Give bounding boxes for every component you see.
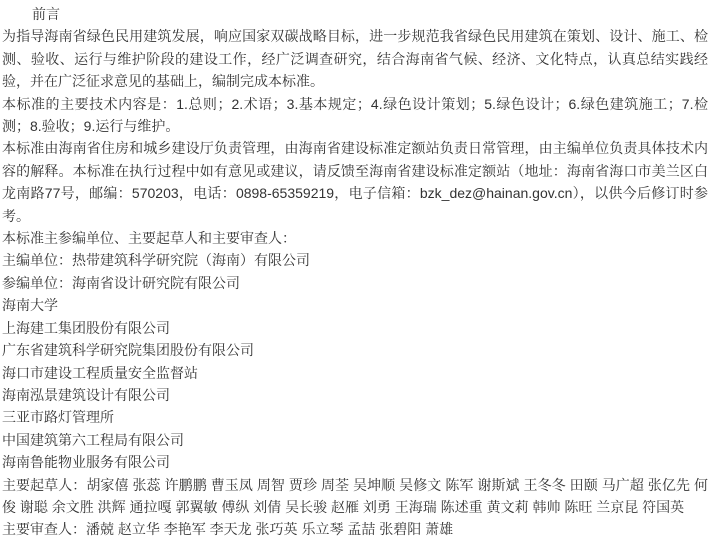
preface-page: 前言 为指导海南省绿色民用建筑发展，响应国家双碳战略目标，进一步规范我省绿色民用… bbox=[0, 0, 718, 541]
participating-unit-item: 广东省建筑科学研究院集团股份有限公司 bbox=[2, 339, 708, 361]
preface-title: 前言 bbox=[32, 3, 708, 25]
chief-reviewers-line: 主要审查人：潘兢 赵立华 李艳军 李天龙 张巧英 乐立琴 孟喆 张碧阳 萧雄 bbox=[2, 518, 708, 540]
units-and-people-heading: 本标准主参编单位、主要起草人和主要审查人： bbox=[2, 227, 708, 249]
participating-unit-item: 海南泓景建筑设计有限公司 bbox=[2, 384, 708, 406]
technical-contents-paragraph: 本标准的主要技术内容是：1.总则；2.术语；3.基本规定；4.绿色设计策划；5.… bbox=[2, 93, 708, 138]
chief-drafters-line: 主要起草人：胡家僖 张蕊 许鹏鹏 曹玉凤 周智 贾珍 周荃 吴坤顺 吴修文 陈军… bbox=[2, 474, 708, 519]
participating-unit-item: 三亚市路灯管理所 bbox=[2, 406, 708, 428]
preface-intro-paragraph: 为指导海南省绿色民用建筑发展，响应国家双碳战略目标，进一步规范我省绿色民用建筑在… bbox=[2, 25, 708, 92]
participating-unit-item: 中国建筑第六工程局有限公司 bbox=[2, 429, 708, 451]
participating-unit-item: 海南鲁能物业服务有限公司 bbox=[2, 451, 708, 473]
participating-unit-line: 参编单位：海南省设计研究院有限公司 bbox=[2, 272, 708, 294]
chief-editing-unit-line: 主编单位：热带建筑科学研究院（海南）有限公司 bbox=[2, 249, 708, 271]
participating-unit-item: 海南大学 bbox=[2, 294, 708, 316]
participating-unit-item: 海口市建设工程质量安全监督站 bbox=[2, 362, 708, 384]
participating-unit-item: 上海建工集团股份有限公司 bbox=[2, 317, 708, 339]
management-feedback-paragraph: 本标准由海南省住房和城乡建设厅负责管理，由海南省建设标准定额站负责日常管理，由主… bbox=[2, 137, 708, 227]
